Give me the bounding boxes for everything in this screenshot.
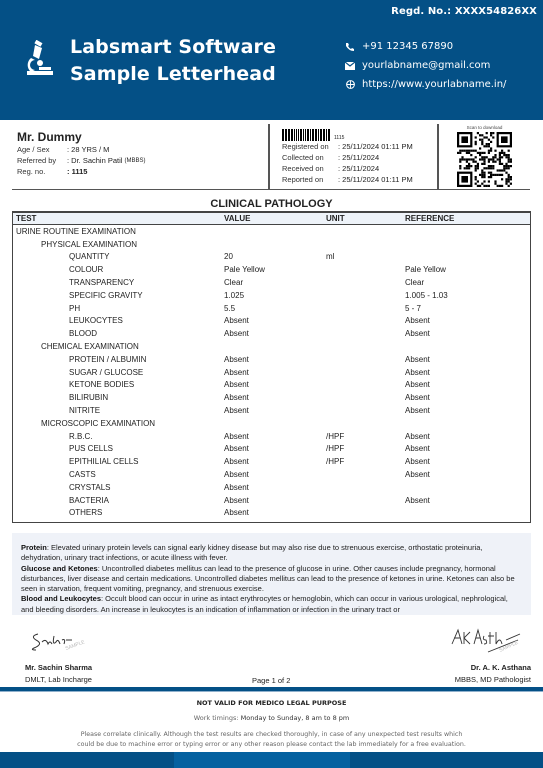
- test-value: Absent: [224, 368, 326, 377]
- table-row: PH5.55 - 7: [13, 302, 530, 315]
- test-reference: Absent: [405, 496, 525, 505]
- table-row: MICROSCOPIC EXAMINATION: [13, 417, 530, 430]
- test-reference: Absent: [405, 470, 525, 479]
- medico-legal-disclaimer: NOT VALID FOR MEDICO LEGAL PURPOSE: [0, 699, 543, 707]
- note-title: Glucose and Ketones: [21, 564, 98, 573]
- test-unit: /HPF: [326, 444, 405, 453]
- lab-name: Labsmart Software Sample Letterhead: [70, 34, 276, 88]
- age-sex-row: Age / Sex : 28 YRS / M: [17, 144, 268, 155]
- note-text: : Elevated urinary protein levels can si…: [21, 543, 483, 562]
- test-unit: /HPF: [326, 457, 405, 466]
- test-value: Absent: [224, 496, 326, 505]
- test-name: BACTERIA: [13, 496, 224, 505]
- phone-number[interactable]: +91 12345 67890: [362, 41, 453, 52]
- table-row: SPECIFIC GRAVITY1.0251.005 - 1.03: [13, 289, 530, 302]
- brand-line-2: Sample Letterhead: [70, 61, 276, 88]
- table-row: URINE ROUTINE EXAMINATION: [13, 225, 530, 238]
- test-name: PH: [13, 304, 224, 313]
- note-title: Blood and Leukocytes: [21, 594, 101, 603]
- test-reference: Absent: [405, 316, 525, 325]
- patient-info: Mr. Dummy Age / Sex : 28 YRS / M Referre…: [12, 124, 270, 190]
- mail-icon: [344, 60, 356, 72]
- test-reference: Absent: [405, 432, 525, 441]
- signatory-title: MBBS, MD Pathologist: [455, 675, 531, 684]
- contact-email: yourlabname@gmail.com: [344, 56, 506, 75]
- test-value: Absent: [224, 393, 326, 402]
- date-value: : 25/11/2024: [338, 164, 379, 173]
- test-reference: 1.005 - 1.03: [405, 291, 525, 300]
- table-row: SUGAR / GLUCOSEAbsentAbsent: [13, 366, 530, 379]
- test-value: 1.025: [224, 291, 326, 300]
- test-reference: Pale Yellow: [405, 265, 525, 274]
- test-value: Absent: [224, 470, 326, 479]
- test-name: KETONE BODIES: [13, 380, 224, 389]
- test-value: Absent: [224, 508, 326, 517]
- phone-icon: [344, 41, 356, 53]
- svg-text:SAMPLE: SAMPLE: [65, 639, 87, 652]
- test-reference: Clear: [405, 278, 525, 287]
- referred-by-row: Referred by : Dr. Sachin Patil (MBBS): [17, 155, 268, 166]
- test-name: PROTEIN / ALBUMIN: [13, 355, 224, 364]
- test-reference: Absent: [405, 380, 525, 389]
- date-label: Reported on: [282, 175, 338, 184]
- reg-no-row: Reg. no. : 1115: [17, 166, 268, 177]
- barcode-bars: [282, 129, 331, 141]
- note-paragraph: Protein: Elevated urinary protein levels…: [21, 543, 522, 564]
- test-value: Absent: [224, 444, 326, 453]
- test-name: CRYSTALS: [13, 483, 224, 492]
- test-reference: Absent: [405, 457, 525, 466]
- test-value: Absent: [224, 329, 326, 338]
- timings-label: Work timings:: [194, 714, 241, 722]
- brand-line-1: Labsmart Software: [70, 34, 276, 61]
- table-row: BLOODAbsentAbsent: [13, 327, 530, 340]
- signature-block-left: Mr. Sachin Sharma DMLT, Lab Incharge: [25, 663, 92, 684]
- globe-icon: [344, 79, 356, 91]
- signature-block-right: Dr. A. K. Asthana MBBS, MD Pathologist: [455, 663, 531, 684]
- test-value: 5.5: [224, 304, 326, 313]
- signatory-name: Mr. Sachin Sharma: [25, 663, 92, 672]
- interpretation-notes: Protein: Elevated urinary protein levels…: [12, 533, 531, 615]
- table-row: EPITHILIAL CELLSAbsent/HPFAbsent: [13, 455, 530, 468]
- field-label: Referred by: [17, 156, 67, 165]
- clinical-disclaimer: Please correlate clinically. Although th…: [0, 730, 543, 749]
- date-label: Collected on: [282, 153, 338, 162]
- table-row: BACTERIAAbsentAbsent: [13, 494, 530, 507]
- test-name: R.B.C.: [13, 432, 224, 441]
- test-value: Absent: [224, 316, 326, 325]
- microscope-icon: [25, 40, 55, 78]
- test-name: MICROSCOPIC EXAMINATION: [13, 419, 224, 428]
- table-row: OTHERSAbsent: [13, 507, 530, 520]
- test-name: BLOOD: [13, 329, 224, 338]
- table-row: BILIRUBINAbsentAbsent: [13, 391, 530, 404]
- date-label: Registered on: [282, 142, 338, 151]
- signature-right-icon: SAMPLE: [448, 626, 523, 654]
- test-value: Absent: [224, 380, 326, 389]
- test-name: OTHERS: [13, 508, 224, 517]
- test-name: PUS CELLS: [13, 444, 224, 453]
- date-row: Registered on : 25/11/2024 01:11 PM: [282, 141, 438, 152]
- registration-number: Regd. No.: XXXX54826XX: [391, 6, 537, 17]
- test-name: NITRITE: [13, 406, 224, 415]
- table-row: NITRITEAbsentAbsent: [13, 404, 530, 417]
- column-header-reference: REFERENCE: [405, 214, 525, 223]
- footer-band-accent: [174, 752, 350, 768]
- table-row: QUANTITY20ml: [13, 251, 530, 264]
- test-name: BILIRUBIN: [13, 393, 224, 402]
- table-row: LEUKOCYTESAbsentAbsent: [13, 315, 530, 328]
- table-row: KETONE BODIESAbsentAbsent: [13, 379, 530, 392]
- contact-website: https://www.yourlabname.in/: [344, 75, 506, 94]
- contact-info: +91 12345 67890 yourlabname@gmail.com ht…: [344, 37, 506, 94]
- qr-caption: Scan to download: [439, 125, 530, 130]
- test-value: Absent: [224, 483, 326, 492]
- disclaimer-line: Please correlate clinically. Although th…: [0, 730, 543, 740]
- results-table: TEST VALUE UNIT REFERENCE URINE ROUTINE …: [12, 211, 531, 523]
- column-header-value: VALUE: [224, 214, 326, 223]
- test-name: TRANSPARENCY: [13, 278, 224, 287]
- test-reference: 5 - 7: [405, 304, 525, 313]
- signature-left-icon: SAMPLE: [28, 628, 88, 654]
- barcode-number: 1115: [334, 135, 344, 141]
- footer-band: [0, 752, 543, 768]
- table-row: CHEMICAL EXAMINATION: [13, 340, 530, 353]
- disclaimer-line: could be due to machine error or typing …: [0, 740, 543, 750]
- signatory-name: Dr. A. K. Asthana: [455, 663, 531, 672]
- note-paragraph: Glucose and Ketones: Uncontrolled diabet…: [21, 564, 522, 595]
- test-value: Pale Yellow: [224, 265, 326, 274]
- table-row: COLOURPale YellowPale Yellow: [13, 263, 530, 276]
- date-value: : 25/11/2024 01:11 PM: [338, 175, 413, 184]
- qr-section: Scan to download: [437, 124, 530, 190]
- test-name: SUGAR / GLUCOSE: [13, 368, 224, 377]
- note-title: Protein: [21, 543, 47, 552]
- test-name: CHEMICAL EXAMINATION: [13, 342, 224, 351]
- barcode: 1115: [282, 127, 438, 141]
- section-title: CLINICAL PATHOLOGY: [0, 198, 543, 210]
- test-value: Absent: [224, 406, 326, 415]
- qr-code-icon[interactable]: [457, 132, 512, 187]
- column-header-unit: UNIT: [326, 214, 405, 223]
- test-name: COLOUR: [13, 265, 224, 274]
- test-reference: Absent: [405, 329, 525, 338]
- test-reference: Absent: [405, 368, 525, 377]
- test-name: SPECIFIC GRAVITY: [13, 291, 224, 300]
- table-row: PUS CELLSAbsent/HPFAbsent: [13, 443, 530, 456]
- field-value: : 1115: [67, 167, 87, 176]
- test-unit: ml: [326, 252, 405, 261]
- table-row: TRANSPARENCYClearClear: [13, 276, 530, 289]
- table-header: TEST VALUE UNIT REFERENCE: [13, 213, 530, 225]
- test-reference: Absent: [405, 355, 525, 364]
- field-value: : Dr. Sachin Patil: [67, 156, 122, 165]
- test-reference: Absent: [405, 393, 525, 402]
- page-number: Page 1 of 2: [252, 676, 290, 685]
- patient-name: Mr. Dummy: [17, 130, 268, 144]
- table-row: PHYSICAL EXAMINATION: [13, 238, 530, 251]
- field-label: Reg. no.: [17, 167, 67, 176]
- test-reference: Absent: [405, 406, 525, 415]
- test-unit: /HPF: [326, 432, 405, 441]
- work-timings: Work timings: Monday to Sunday, 8 am to …: [0, 714, 543, 722]
- note-paragraph: Blood and Leukocytes: Occult blood can o…: [21, 594, 522, 615]
- date-value: : 25/11/2024: [338, 153, 379, 162]
- column-header-test: TEST: [13, 214, 224, 223]
- timings-value: Monday to Sunday, 8 am to 8 pm: [241, 714, 350, 722]
- test-name: LEUKOCYTES: [13, 316, 224, 325]
- test-value: Absent: [224, 457, 326, 466]
- email-address[interactable]: yourlabname@gmail.com: [362, 60, 490, 71]
- table-row: CRYSTALSAbsent: [13, 481, 530, 494]
- field-suffix: (MBBS): [124, 158, 145, 164]
- signatory-title: DMLT, Lab Incharge: [25, 675, 92, 684]
- test-value: 20: [224, 252, 326, 261]
- test-value: Clear: [224, 278, 326, 287]
- test-name: EPITHILIAL CELLS: [13, 457, 224, 466]
- letterhead-footer: NOT VALID FOR MEDICO LEGAL PURPOSE Work …: [0, 692, 543, 752]
- letterhead-header: Regd. No.: XXXX54826XX Labsmart Software…: [0, 0, 543, 120]
- table-body: URINE ROUTINE EXAMINATIONPHYSICAL EXAMIN…: [13, 225, 530, 519]
- test-name: QUANTITY: [13, 252, 224, 261]
- sample-dates: 1115 Registered on : 25/11/2024 01:11 PM…: [268, 124, 438, 190]
- test-value: Absent: [224, 432, 326, 441]
- date-value: : 25/11/2024 01:11 PM: [338, 142, 413, 151]
- field-label: Age / Sex: [17, 145, 67, 154]
- date-row: Collected on : 25/11/2024: [282, 152, 438, 163]
- website-url[interactable]: https://www.yourlabname.in/: [362, 79, 506, 90]
- test-value: Absent: [224, 355, 326, 364]
- date-label: Received on: [282, 164, 338, 173]
- contact-phone: +91 12345 67890: [344, 37, 506, 56]
- date-row: Received on : 25/11/2024: [282, 163, 438, 174]
- table-row: CASTSAbsentAbsent: [13, 468, 530, 481]
- date-row: Reported on : 25/11/2024 01:11 PM: [282, 174, 438, 185]
- field-value: : 28 YRS / M: [67, 145, 109, 154]
- table-row: PROTEIN / ALBUMINAbsentAbsent: [13, 353, 530, 366]
- test-name: CASTS: [13, 470, 224, 479]
- table-row: R.B.C.Absent/HPFAbsent: [13, 430, 530, 443]
- test-name: PHYSICAL EXAMINATION: [13, 240, 224, 249]
- test-name: URINE ROUTINE EXAMINATION: [13, 227, 224, 236]
- test-reference: Absent: [405, 444, 525, 453]
